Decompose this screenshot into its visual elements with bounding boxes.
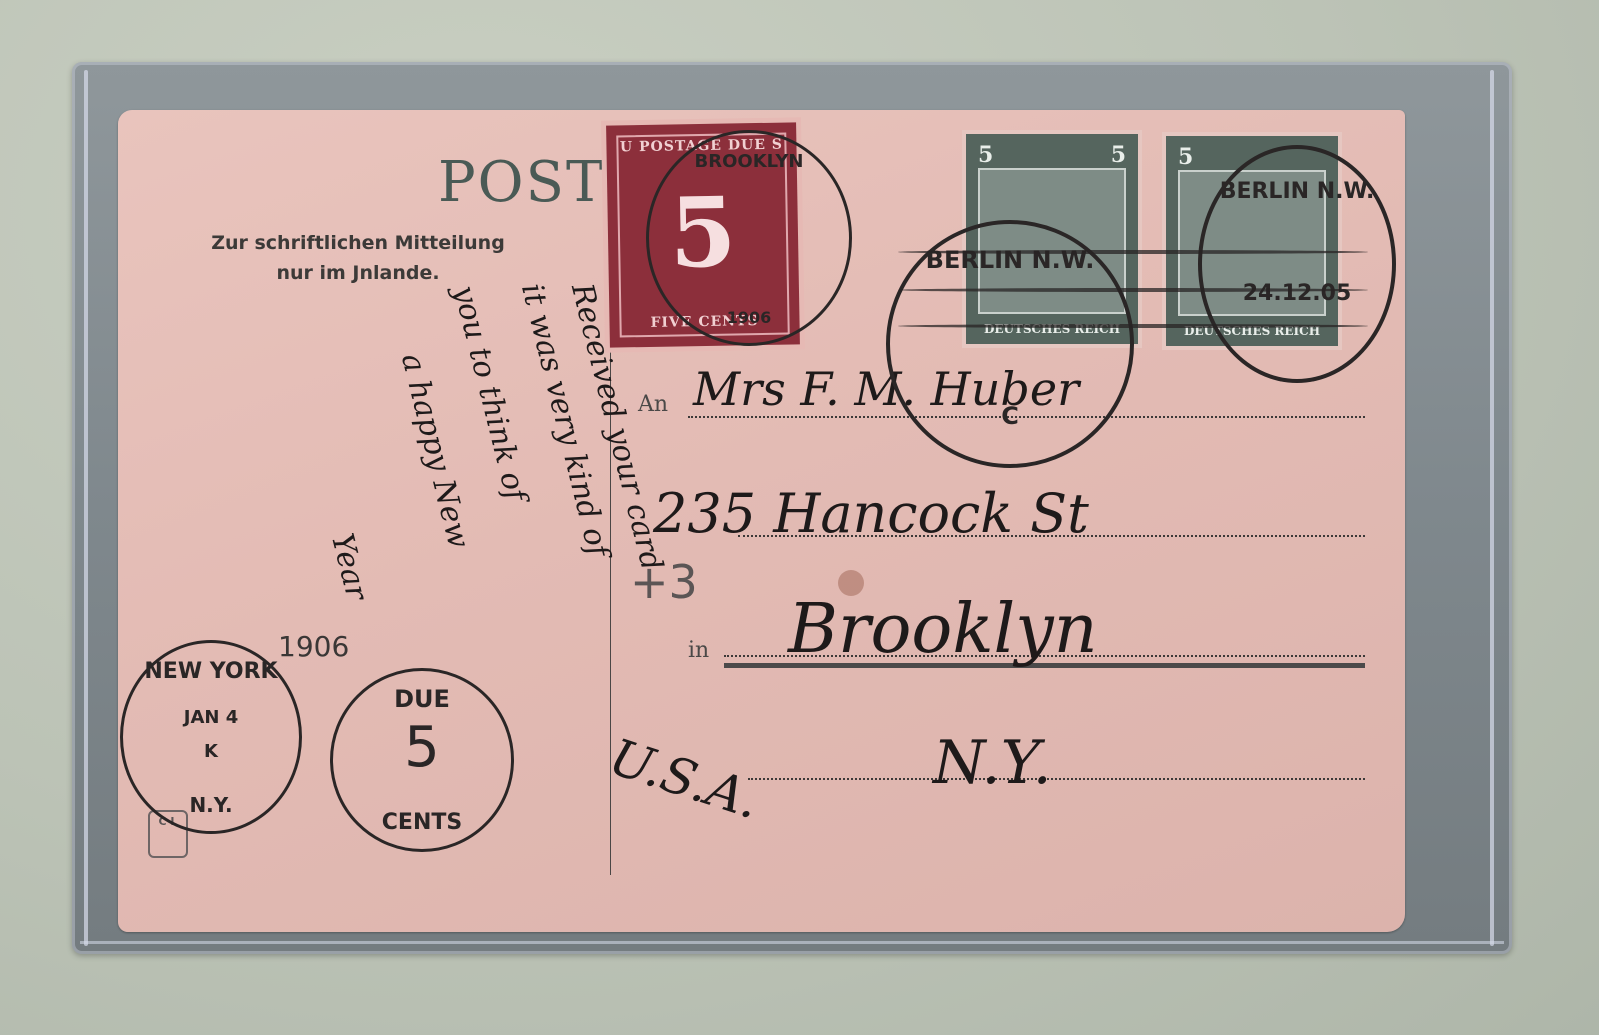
postmark-state: N.Y. — [123, 793, 299, 817]
postmark-city: BROOKLYN — [649, 151, 849, 172]
stamp-value-left: 5 — [978, 142, 993, 168]
postmark-berlin-2: BERLIN N.W. 24.12.05 — [1198, 145, 1396, 383]
stamp-value-left: 5 — [1178, 144, 1193, 170]
postmark-city: BERLIN N.W. — [1202, 179, 1392, 204]
postmark-letter: K — [123, 741, 299, 762]
postmark-date: 24.12.05 — [1202, 281, 1392, 306]
postmark-berlin-1: BERLIN N.W. C — [886, 220, 1134, 468]
postmark-due: DUE 5 CENTS — [330, 668, 514, 852]
recipient-street: 235 Hancock St — [653, 482, 1089, 545]
sleeve-rim-bottom — [80, 941, 1504, 944]
postmark-new-york: NEW YORK JAN 4 K N.Y. — [120, 640, 302, 834]
instruction-text: Zur schriftlichen Mitteilung nur im Jnla… — [178, 228, 538, 288]
cancellation-line-2 — [898, 288, 1368, 292]
recipient-state: N.Y. — [933, 728, 1052, 798]
postmark-due-cents: CENTS — [333, 810, 511, 835]
instruction-line-2: nur im Jnlande. — [178, 258, 538, 288]
message-line-5: Year — [324, 530, 374, 604]
instruction-line-1: Zur schriftlichen Mitteilung — [178, 228, 538, 258]
recipient-city: Brooklyn — [788, 590, 1098, 669]
sleeve-rim-left — [84, 70, 88, 946]
stamp-value-right: 5 — [1111, 142, 1126, 168]
postmark-letter: C — [890, 402, 1130, 430]
postmark-year: 1906 — [649, 308, 849, 327]
postmark-due-label: DUE — [333, 685, 511, 713]
postmark-city: NEW YORK — [123, 659, 299, 684]
cancellation-line-1 — [898, 250, 1368, 254]
cancellation-line-3 — [898, 324, 1368, 328]
postmark-due-value: 5 — [333, 715, 511, 780]
sleeve-rim-right — [1490, 70, 1494, 946]
address-label-an: An — [638, 392, 668, 417]
address-label-in: in — [688, 638, 709, 663]
message-line-4: a happy New — [394, 350, 476, 552]
postmark-date: JAN 4 — [123, 707, 299, 728]
address-line-4 — [748, 778, 1365, 780]
recipient-country: U.S.A. — [603, 728, 767, 831]
postmark-brooklyn: BROOKLYN 1906 — [646, 130, 852, 346]
postcard: POSTK Zur schriftlichen Mitteilung nur i… — [118, 110, 1405, 932]
stain-mark — [838, 570, 864, 596]
